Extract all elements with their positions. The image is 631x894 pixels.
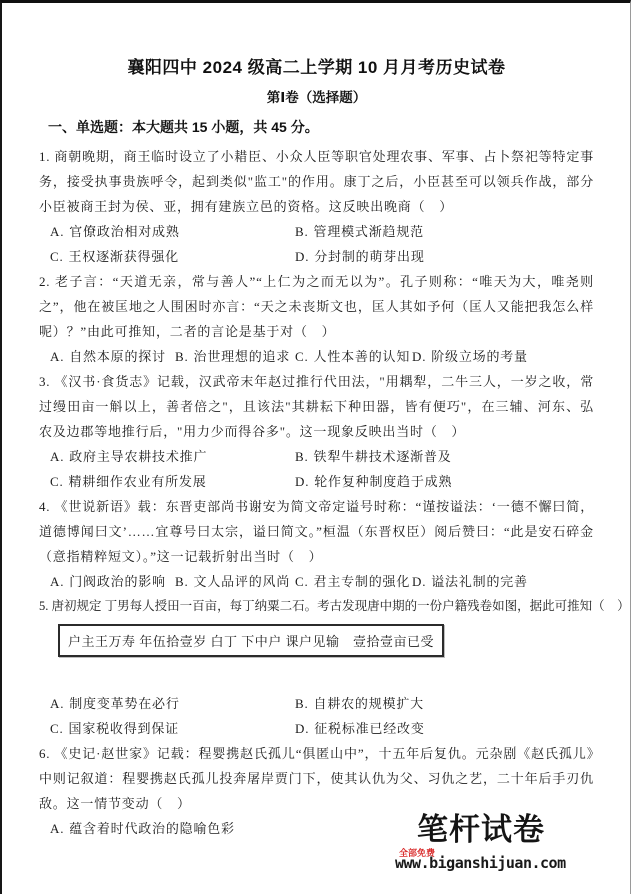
- option-text: 蕴含着时代政治的隐喻色彩: [69, 821, 235, 836]
- option-text: 人性本善的认知: [314, 349, 411, 364]
- watermark: 笔杆试卷 全部免费 www.biganshijuan.com: [395, 807, 570, 872]
- option-a: A.制度变革势在必行: [50, 691, 295, 716]
- option-b: B.文人品评的风尚: [175, 569, 295, 594]
- household-register-figure: 户主王万寿 年伍拾壹岁 白丁 下中户 课户见输 壹拾壹亩已受 计租二石: [58, 624, 444, 657]
- options-row: A.门阀政治的影响 B.文人品评的风尚 C.君主专制的强化 D.谥法礼制的完善: [39, 569, 594, 594]
- option-a: A.政府主导农耕技术推广: [50, 444, 295, 469]
- brand-logo-text: 笔杆试卷: [417, 807, 570, 853]
- page-title: 襄阳四中 2024 级高二上学期 10 月月考历史试卷: [39, 55, 594, 81]
- option-label: D.: [295, 721, 309, 736]
- question-3: 3. 《汉书·食货志》记载，汉武帝末年赵过推行代田法，"用耦犁，二牛三人，一岁之…: [39, 369, 594, 494]
- option-c: C.王权逐渐获得强化: [50, 244, 295, 269]
- option-b: B.治世理想的追求: [175, 344, 295, 369]
- section-header: 一、单选题：本大题共 15 小题，共 45 分。: [39, 118, 594, 136]
- option-label: D.: [295, 474, 309, 489]
- option-label: A.: [50, 696, 64, 711]
- option-a: A.官僚政治相对成熟: [50, 219, 295, 244]
- options-row: A.自然本原的探讨 B.治世理想的追求 C.人性本善的认知 D.阶级立场的考量: [39, 344, 594, 369]
- option-d: D.谥法礼制的完善: [412, 569, 594, 594]
- question-stem: 1. 商朝晚期，商王临时设立了小耤臣、小众人臣等职官处理农事、军事、占卜祭祀等特…: [39, 144, 594, 219]
- option-text: 征税标准已经改变: [314, 721, 424, 736]
- exam-page: 襄阳四中 2024 级高二上学期 10 月月考历史试卷 第Ⅰ卷（选择题） 一、单…: [2, 3, 630, 841]
- free-badge: 全部免费: [399, 848, 435, 859]
- option-label: A.: [50, 349, 64, 364]
- option-c: C.国家税收得到保证: [50, 716, 295, 741]
- option-text: 分封制的萌芽出现: [314, 249, 424, 264]
- option-text: 自耕农的规模扩大: [314, 696, 424, 711]
- option-text: 谥法礼制的完善: [431, 574, 528, 589]
- option-label: C.: [295, 574, 309, 589]
- question-4: 4. 《世说新语》载：东晋吏部尚书谢安为简文帝定谥号时称：“谨按谥法：‘一德不懈…: [39, 494, 594, 594]
- option-d: D.轮作复种制度趋于成熟: [295, 469, 594, 494]
- option-text: 自然本原的探讨: [69, 349, 166, 364]
- option-text: 文人品评的风尚: [194, 574, 291, 589]
- option-text: 门阀政治的影响: [69, 574, 166, 589]
- option-text: 管理模式渐趋规范: [314, 224, 424, 239]
- option-b: B.管理模式渐趋规范: [295, 219, 594, 244]
- options-row: A.制度变革势在必行 B.自耕农的规模扩大 C.国家税收得到保证 D.征税标准已…: [39, 691, 594, 741]
- option-text: 君主专制的强化: [314, 574, 411, 589]
- option-text: 铁犁牛耕技术逐渐普及: [314, 449, 452, 464]
- option-a: A.门阀政治的影响: [50, 569, 175, 594]
- question-stem: 5. 唐初规定 丁男每人授田一百亩，每丁纳粟二石。考古发现唐中期的一份户籍残卷如…: [39, 594, 594, 619]
- option-label: A.: [50, 574, 64, 589]
- option-label: C.: [50, 721, 64, 736]
- option-label: D.: [295, 249, 309, 264]
- option-text: 王权逐渐获得强化: [69, 249, 179, 264]
- option-label: A.: [50, 224, 64, 239]
- option-label: B.: [175, 349, 189, 364]
- option-label: B.: [175, 574, 189, 589]
- option-text: 制度变革势在必行: [69, 696, 179, 711]
- option-label: D.: [412, 349, 426, 364]
- option-d: D.征税标准已经改变: [295, 716, 594, 741]
- options-row: A.政府主导农耕技术推广 B.铁犁牛耕技术逐渐普及 C.精耕细作农业有所发展 D…: [39, 444, 594, 494]
- option-label: C.: [50, 474, 64, 489]
- option-label: C.: [295, 349, 309, 364]
- option-c: C.君主专制的强化: [295, 569, 412, 594]
- option-text: 精耕细作农业有所发展: [69, 474, 207, 489]
- question-stem: 3. 《汉书·食货志》记载，汉武帝末年赵过推行代田法，"用耦犁，二牛三人，一岁之…: [39, 369, 594, 444]
- option-d: D.分封制的萌芽出现: [295, 244, 594, 269]
- option-d: D.阶级立场的考量: [412, 344, 594, 369]
- question-stem: 4. 《世说新语》载：东晋吏部尚书谢安为简文帝定谥号时称：“谨按谥法：‘一德不懈…: [39, 494, 594, 569]
- figure-text: 户主王万寿 年伍拾壹岁 白丁 下中户 课户见输 壹拾壹亩已受 计租二石: [68, 631, 444, 650]
- option-text: 官僚政治相对成熟: [69, 224, 179, 239]
- option-label: A.: [50, 821, 64, 836]
- question-5: 5. 唐初规定 丁男每人授田一百亩，每丁纳粟二石。考古发现唐中期的一份户籍残卷如…: [39, 594, 594, 741]
- options-row: A.官僚政治相对成熟 B.管理模式渐趋规范 C.王权逐渐获得强化 D.分封制的萌…: [39, 219, 594, 269]
- option-label: C.: [50, 249, 64, 264]
- question-1: 1. 商朝晚期，商王临时设立了小耤臣、小众人臣等职官处理农事、军事、占卜祭祀等特…: [39, 144, 594, 269]
- option-text: 国家税收得到保证: [69, 721, 179, 736]
- option-label: B.: [295, 224, 309, 239]
- option-b: B.铁犁牛耕技术逐渐普及: [295, 444, 594, 469]
- option-c: C.精耕细作农业有所发展: [50, 469, 295, 494]
- option-label: B.: [295, 696, 309, 711]
- option-label: B.: [295, 449, 309, 464]
- option-text: 政府主导农耕技术推广: [69, 449, 207, 464]
- option-label: A.: [50, 449, 64, 464]
- question-2: 2. 老子言：“天道无亲，常与善人”“上仁为之而无以为”。孔子则称：“唯天为大，…: [39, 269, 594, 369]
- question-stem: 2. 老子言：“天道无亲，常与善人”“上仁为之而无以为”。孔子则称：“唯天为大，…: [39, 269, 594, 344]
- option-a: A.自然本原的探讨: [50, 344, 175, 369]
- option-c: C.人性本善的认知: [295, 344, 412, 369]
- volume-subtitle: 第Ⅰ卷（选择题）: [39, 89, 594, 107]
- option-text: 轮作复种制度趋于成熟: [314, 474, 452, 489]
- option-label: D.: [412, 574, 426, 589]
- option-text: 阶级立场的考量: [431, 349, 528, 364]
- option-b: B.自耕农的规模扩大: [295, 691, 594, 716]
- option-text: 治世理想的追求: [194, 349, 291, 364]
- question-stem: 6. 《史记·赵世家》记载：程婴携赵氏孤儿“俱匿山中”，十五年后复仇。元杂剧《赵…: [39, 741, 594, 816]
